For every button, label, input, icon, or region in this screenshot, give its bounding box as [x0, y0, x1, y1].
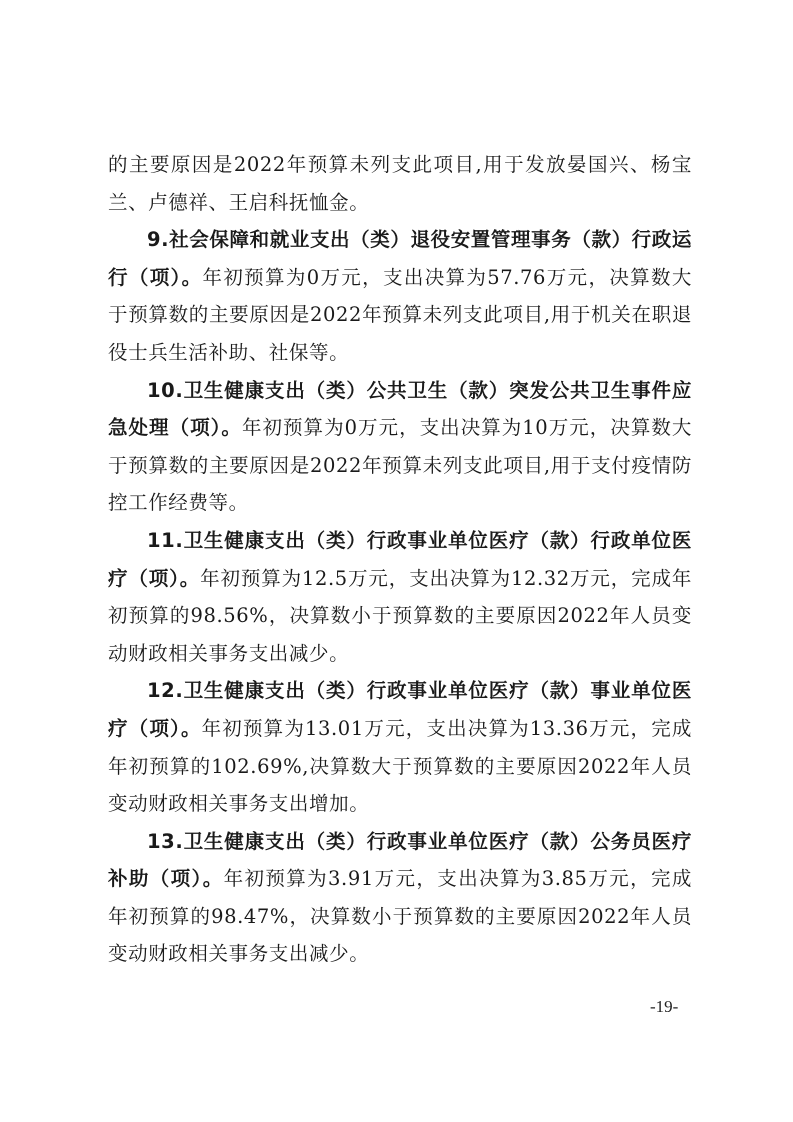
- item-paragraph-9: 9.社会保障和就业支出（类）退役安置管理事务（款）行政运行（项）。年初预算为0万…: [108, 221, 692, 371]
- item-paragraph-11: 11.卫生健康支出（类）行政事业单位医疗（款）行政单位医疗（项）。年初预算为12…: [108, 522, 692, 672]
- page-number: -19-: [650, 997, 678, 1017]
- item-paragraph-13: 13.卫生健康支出（类）行政事业单位医疗（款）公务员医疗补助（项）。年初预算为3…: [108, 823, 692, 973]
- document-page: 的主要原因是2022年预算未列支此项目,用于发放晏国兴、杨宝兰、卢德祥、王启科抚…: [108, 146, 692, 973]
- item-paragraph-10: 10.卫生健康支出（类）公共卫生（款）突发公共卫生事件应急处理（项）。年初预算为…: [108, 372, 692, 522]
- item-paragraph-12: 12.卫生健康支出（类）行政事业单位医疗（款）事业单位医疗（项）。年初预算为13…: [108, 672, 692, 822]
- intro-paragraph: 的主要原因是2022年预算未列支此项目,用于发放晏国兴、杨宝兰、卢德祥、王启科抚…: [108, 146, 692, 221]
